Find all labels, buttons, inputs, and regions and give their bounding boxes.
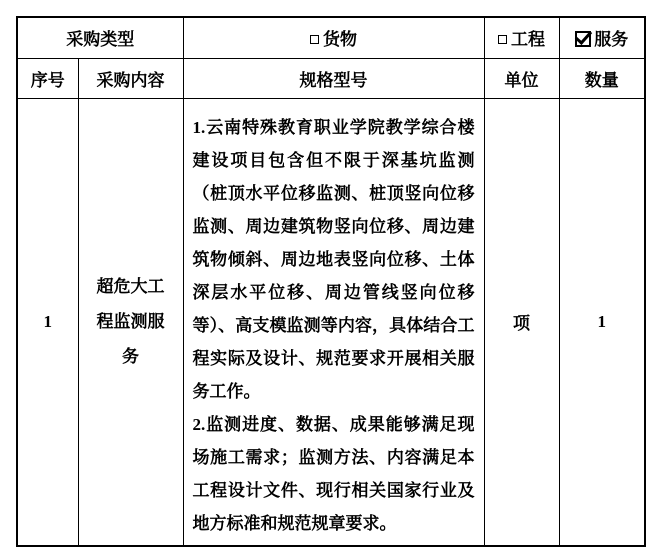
table-row: 1 超危大工程监测服务 1.云南特殊教育职业学院教学综合楼建设项目包含但不限于深… [17,98,645,546]
row-unit-cell: 项 [484,98,559,546]
row-spec-cell: 1.云南特殊教育职业学院教学综合楼建设项目包含但不限于深基坑监测（桩顶水平位移监… [183,98,484,546]
spec-paragraph-2: 2.监测进度、数据、成果能够满足现场施工需求；监测方法、内容满足本工程设计文件、… [193,408,475,540]
engineering-checkbox-icon[interactable] [498,35,507,44]
row-quantity-cell: 1 [559,98,645,546]
service-checkbox-icon[interactable] [575,31,591,47]
purchase-type-row: 采购类型 货物 工程 服务 [17,17,645,58]
row-content-cell: 超危大工程监测服务 [78,98,183,546]
option-engineering-cell: 工程 [484,17,559,58]
goods-checkbox-icon[interactable] [310,35,319,44]
purchase-type-label: 采购类型 [17,17,183,58]
row-index-cell: 1 [17,98,78,546]
document-page: 采购类型 货物 工程 服务 序号 采购内容 规格型号 单位 数量 1 [0,0,655,556]
column-header-quantity: 数量 [559,58,645,98]
engineering-option-label: 工程 [511,30,545,49]
goods-option-label: 货物 [323,30,357,49]
procurement-table: 采购类型 货物 工程 服务 序号 采购内容 规格型号 单位 数量 1 [16,16,646,547]
column-header-spec: 规格型号 [183,58,484,98]
option-service-cell: 服务 [559,17,645,58]
spec-paragraph-1: 1.云南特殊教育职业学院教学综合楼建设项目包含但不限于深基坑监测（桩顶水平位移监… [193,111,475,408]
column-header-unit: 单位 [484,58,559,98]
column-header-row: 序号 采购内容 规格型号 单位 数量 [17,58,645,98]
column-header-index: 序号 [17,58,78,98]
service-option-label: 服务 [594,30,628,49]
option-goods-cell: 货物 [183,17,484,58]
column-header-content: 采购内容 [78,58,183,98]
